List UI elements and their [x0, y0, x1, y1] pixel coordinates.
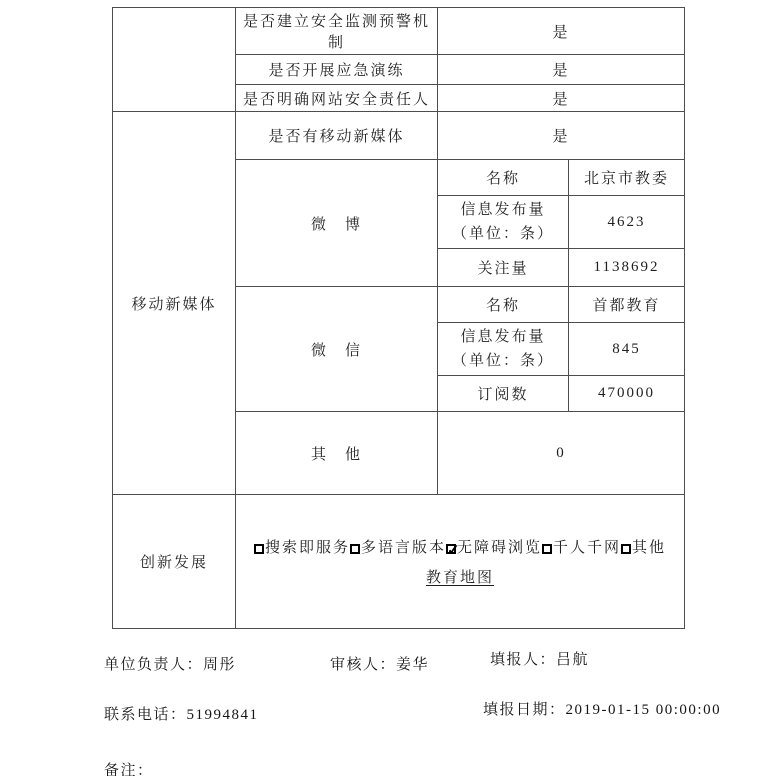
innovation-option: 千人千网 [542, 540, 621, 556]
checkbox-icon [621, 544, 631, 554]
wechat-group-label: 微 信 [236, 287, 438, 412]
wechat-subs-label: 订阅数 [438, 376, 569, 412]
report-page: 是否建立安全监测预警机制 是 是否开展应急演练 是 是否明确网站安全责任人 是 … [0, 0, 780, 776]
innovation-option: 多语言版本 [350, 540, 446, 556]
security-answer-1: 是 [438, 8, 685, 55]
filler-field: 填报人：吕航 [490, 648, 589, 669]
checkbox-icon [542, 544, 552, 554]
security-group-label-cell [113, 8, 236, 112]
innovation-option: 搜索即服务 [254, 540, 350, 556]
weibo-volume-label: 信息发布量 （单位：条） [438, 196, 569, 249]
weibo-name-label: 名称 [438, 160, 569, 196]
weibo-volume-value: 4623 [569, 196, 685, 249]
wechat-subs-value: 470000 [569, 376, 685, 412]
innovation-other-detail: 教育地图 [426, 570, 494, 586]
unit-head-value: 周彤 [203, 657, 236, 673]
date-label: 填报日期： [483, 702, 566, 718]
security-question-1: 是否建立安全监测预警机制 [236, 8, 438, 55]
has-mobile-media-question: 是否有移动新媒体 [236, 112, 438, 160]
mobile-media-group-label: 移动新媒体 [113, 112, 236, 495]
has-mobile-media-answer: 是 [438, 112, 685, 160]
option-label: 无障碍浏览 [457, 540, 542, 556]
checkbox-icon [350, 544, 360, 554]
reviewer-field: 审核人：姜华 [330, 653, 429, 674]
date-field: 填报日期：2019-01-15 00:00:00 [483, 698, 721, 719]
innovation-options: 搜索即服务多语言版本无障碍浏览千人千网其他 [240, 536, 680, 557]
date-value: 2019-01-15 00:00:00 [566, 702, 722, 718]
security-question-2: 是否开展应急演练 [236, 55, 438, 85]
phone-label: 联系电话： [104, 707, 187, 723]
weibo-name-value: 北京市教委 [569, 160, 685, 196]
security-question-3: 是否明确网站安全责任人 [236, 85, 438, 112]
wechat-volume-label: 信息发布量 （单位：条） [438, 323, 569, 376]
innovation-option: 其他 [621, 540, 666, 556]
unit-head-field: 单位负责人：周彤 [104, 653, 236, 674]
security-answer-3: 是 [438, 85, 685, 112]
report-table: 是否建立安全监测预警机制 是 是否开展应急演练 是 是否明确网站安全责任人 是 … [112, 7, 685, 629]
weibo-group-label: 微 博 [236, 160, 438, 287]
option-label: 其他 [632, 540, 666, 556]
option-label: 千人千网 [553, 540, 621, 556]
option-label: 多语言版本 [361, 540, 446, 556]
wechat-volume-value: 845 [569, 323, 685, 376]
phone-value: 51994841 [187, 707, 259, 723]
other-media-value: 0 [438, 412, 685, 495]
other-media-label: 其 他 [236, 412, 438, 495]
checkbox-checked-icon [446, 544, 456, 554]
wechat-name-value: 首都教育 [569, 287, 685, 323]
remark-label: 备注： [104, 759, 154, 776]
reviewer-value: 姜华 [396, 657, 429, 673]
innovation-group-label: 创新发展 [113, 495, 236, 629]
filler-value: 吕航 [556, 652, 589, 668]
weibo-followers-value: 1138692 [569, 249, 685, 287]
weibo-followers-label: 关注量 [438, 249, 569, 287]
wechat-name-label: 名称 [438, 287, 569, 323]
reviewer-label: 审核人： [330, 657, 396, 673]
phone-field: 联系电话：51994841 [104, 703, 259, 724]
unit-head-label: 单位负责人： [104, 657, 203, 673]
option-label: 搜索即服务 [265, 540, 350, 556]
filler-label: 填报人： [490, 652, 556, 668]
innovation-option: 无障碍浏览 [446, 540, 542, 556]
checkbox-icon [254, 544, 264, 554]
security-answer-2: 是 [438, 55, 685, 85]
innovation-cell: 搜索即服务多语言版本无障碍浏览千人千网其他 教育地图 [236, 495, 685, 629]
